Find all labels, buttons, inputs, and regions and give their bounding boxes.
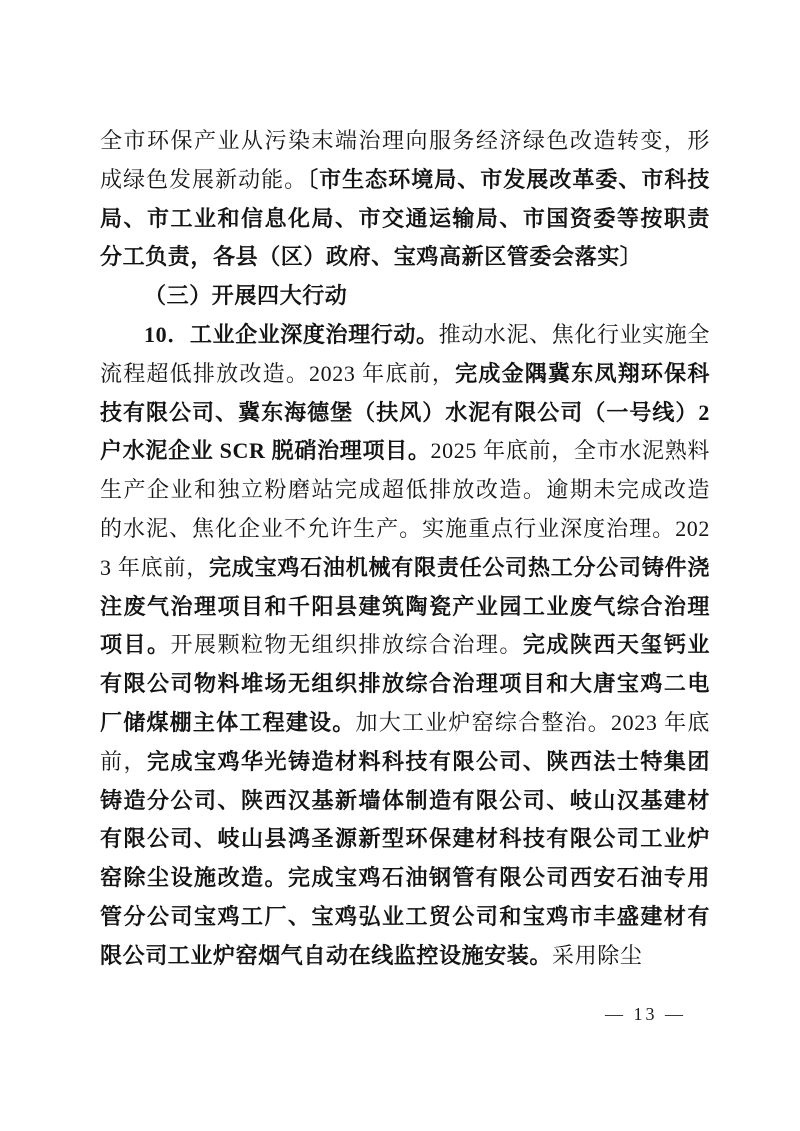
paragraph: 全市环保产业从污染末端治理向服务经济绿色改造转变，形成绿色发展新动能。〔市生态环…: [100, 122, 710, 277]
text-run: 采用除尘: [552, 943, 642, 968]
text-run: 开展颗粒物无组织排放综合治理。: [170, 632, 522, 657]
page-number: — 13 —: [605, 1004, 686, 1025]
document-page: 全市环保产业从污染末端治理向服务经济绿色改造转变，形成绿色发展新动能。〔市生态环…: [0, 0, 800, 1131]
paragraph: 10．工业企业深度治理行动。推动水泥、焦化行业实施全流程超低排放改造。2023 …: [100, 316, 710, 976]
document-body: 全市环保产业从污染末端治理向服务经济绿色改造转变，形成绿色发展新动能。〔市生态环…: [100, 122, 710, 976]
emphasized-text-run: （三）开展四大行动: [144, 283, 347, 308]
emphasized-text-run: 10．工业企业深度治理行动。: [144, 322, 439, 347]
paragraph: （三）开展四大行动: [100, 277, 710, 316]
emphasized-text-run: 完成宝鸡华光铸造材料科技有限公司、陕西法士特集团铸造分公司、陕西汉基新墙体制造有…: [100, 749, 710, 968]
